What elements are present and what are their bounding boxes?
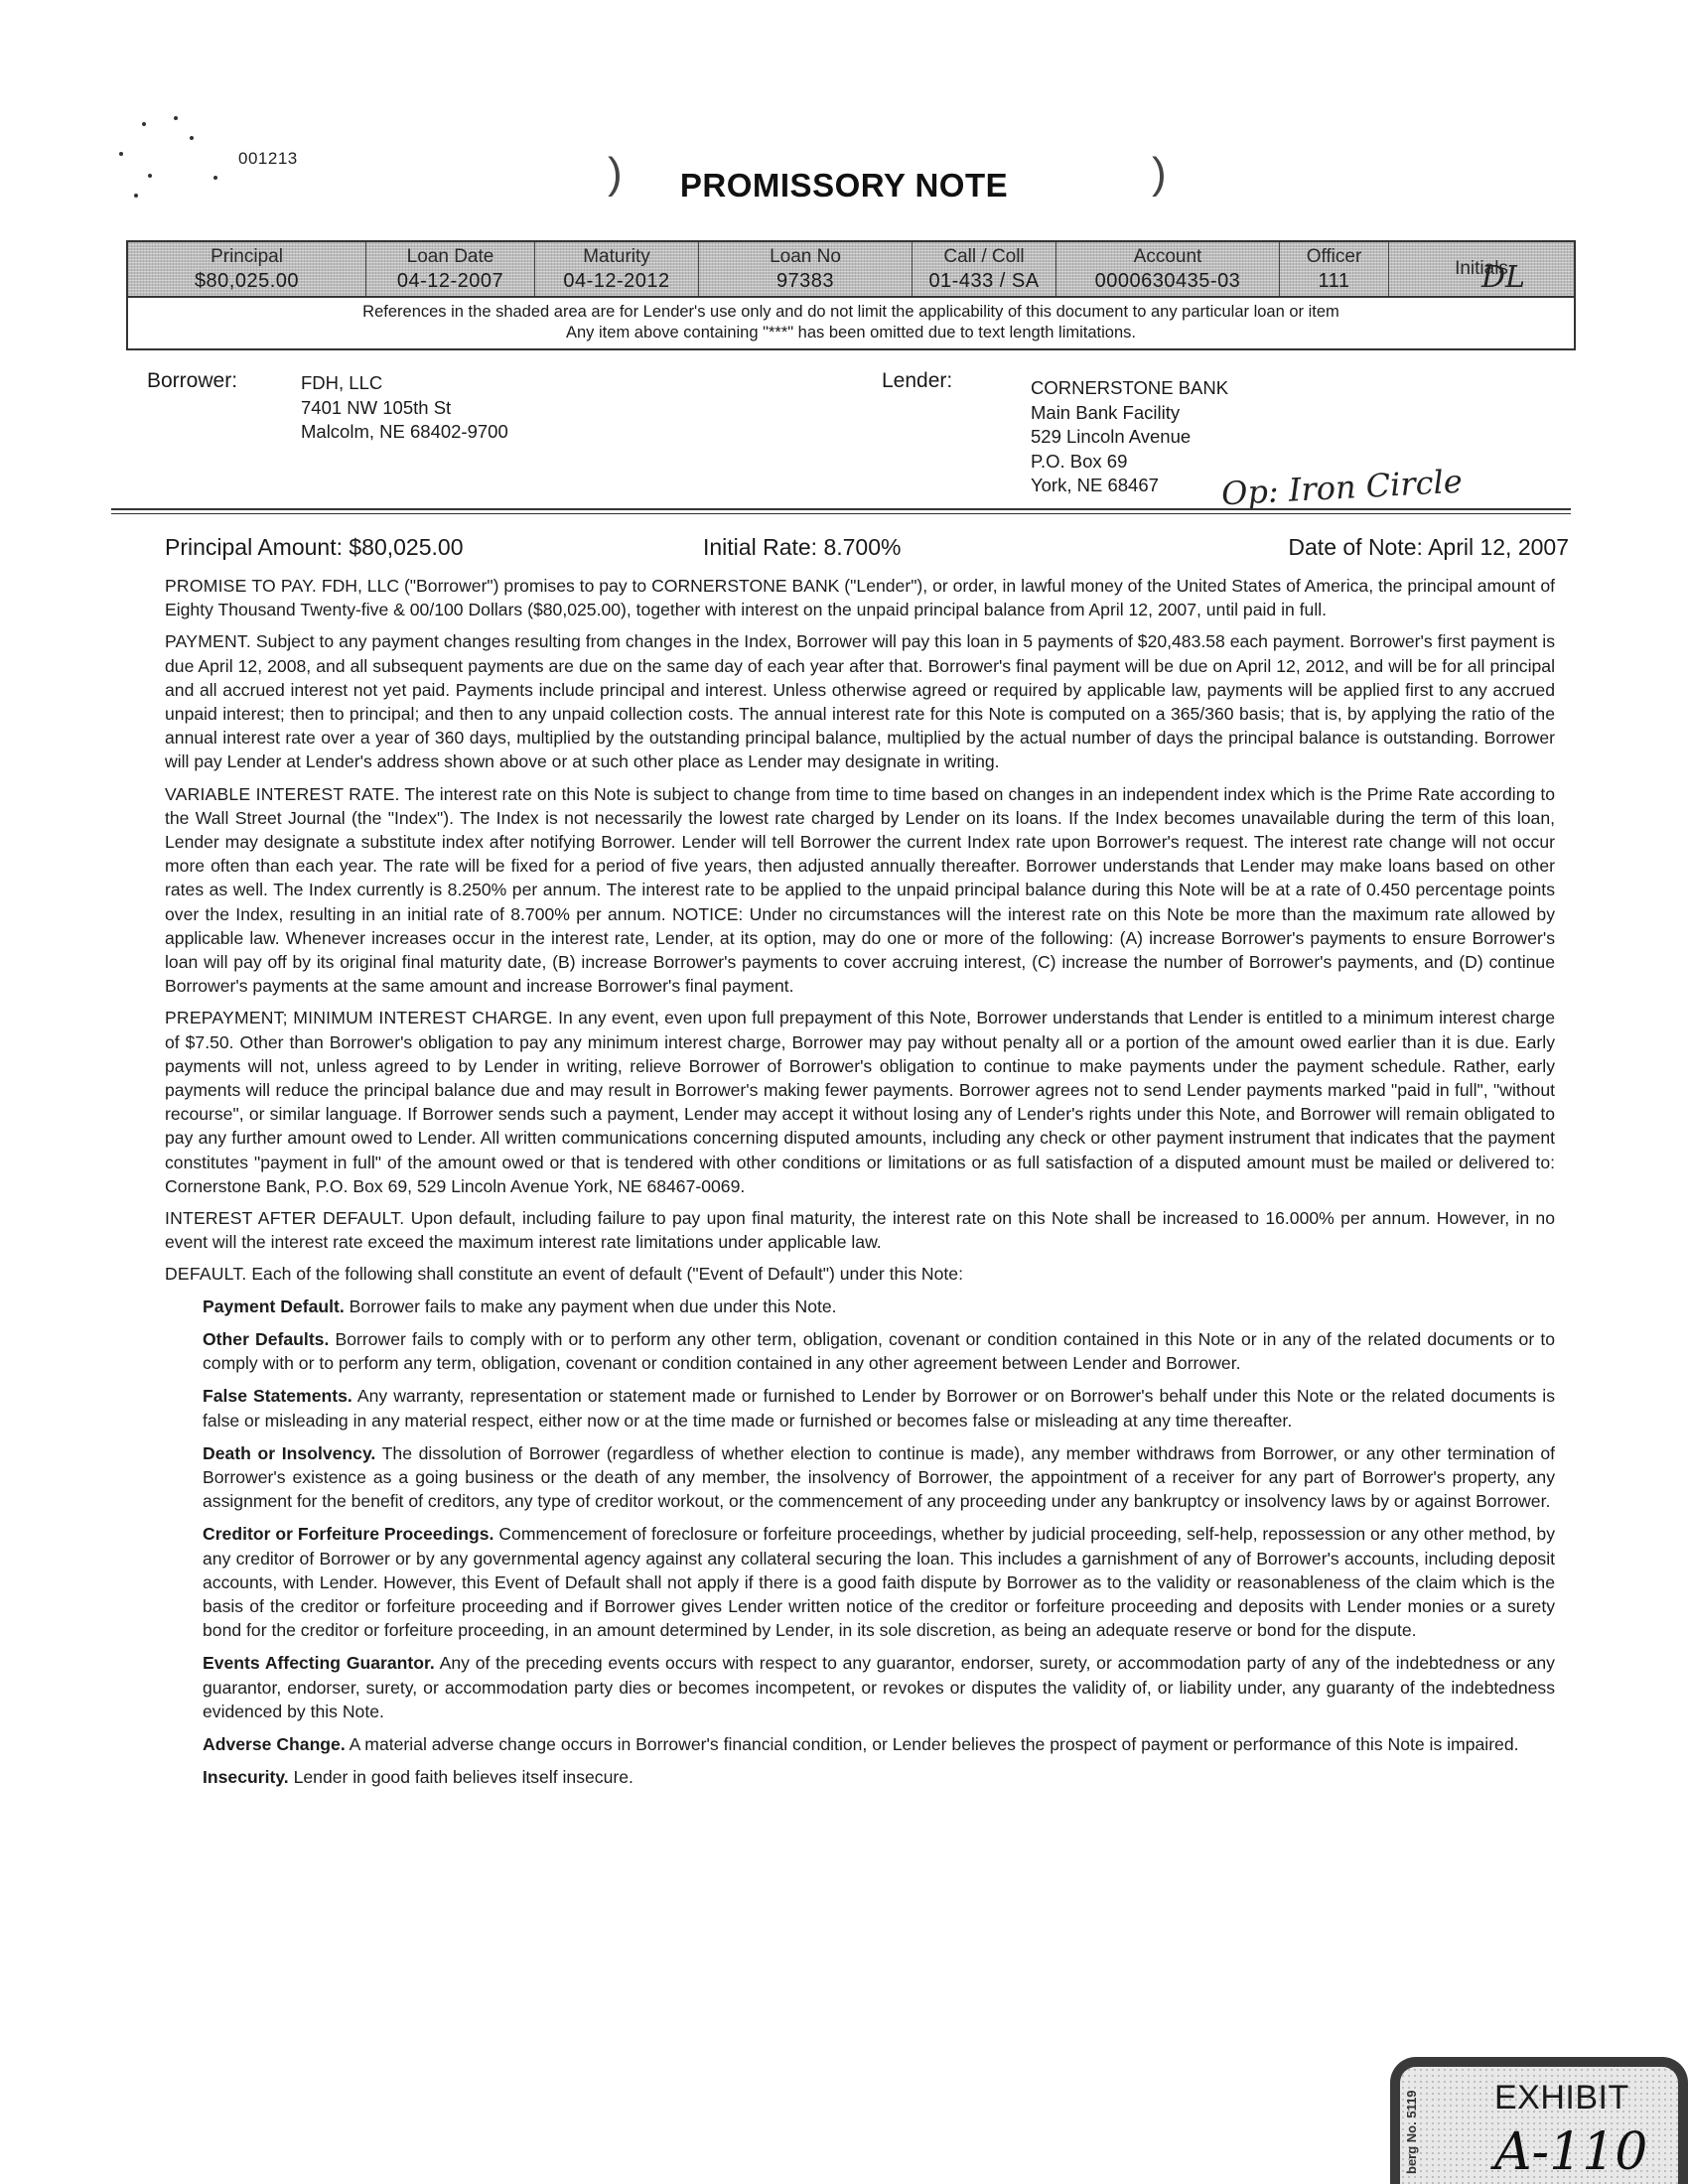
default-event-text: The dissolution of Borrower (regardless … <box>203 1443 1555 1511</box>
ref-cell-account: Account 0000630435-03 <box>1056 242 1280 296</box>
ref-label: Loan No <box>770 245 841 269</box>
divider <box>111 513 1571 514</box>
reference-table-row: Principal $80,025.00 Loan Date 04-12-200… <box>128 242 1574 298</box>
default-event-false-statements: False Statements. Any warranty, represen… <box>203 1384 1555 1432</box>
borrower-address: FDH, LLC 7401 NW 105th St Malcolm, NE 68… <box>301 371 508 445</box>
ref-value: 111 <box>1319 269 1350 293</box>
default-event-text: Any warranty, representation or statemen… <box>203 1386 1555 1430</box>
lender-facility: Main Bank Facility <box>1031 401 1228 426</box>
section-default: DEFAULT. Each of the following shall con… <box>165 1262 1555 1286</box>
section-heading: PREPAYMENT; MINIMUM INTEREST CHARGE. <box>165 1008 553 1027</box>
loan-summary: Principal Amount: $80,025.00 Initial Rat… <box>165 534 1569 564</box>
ref-label: Principal <box>211 245 283 269</box>
ref-cell-loan-date: Loan Date 04-12-2007 <box>366 242 535 296</box>
default-event-heading: Payment Default. <box>203 1297 345 1316</box>
section-promise-to-pay: PROMISE TO PAY. FDH, LLC ("Borrower") pr… <box>165 574 1555 621</box>
section-text: FDH, LLC ("Borrower") promises to pay to… <box>165 576 1555 619</box>
section-text: The interest rate on this Note is subjec… <box>165 784 1555 997</box>
default-event-text: Borrower fails to comply with or to perf… <box>203 1329 1555 1373</box>
lender-name: CORNERSTONE BANK <box>1031 376 1228 401</box>
section-heading: PROMISE TO PAY. <box>165 576 317 596</box>
ref-value: 01-433 / SA <box>928 269 1039 293</box>
date-of-note-value: April 12, 2007 <box>1428 534 1569 560</box>
section-variable-interest-rate: VARIABLE INTEREST RATE. The interest rat… <box>165 782 1555 999</box>
default-event-text: Lender in good faith believes itself ins… <box>294 1767 633 1787</box>
default-event-payment: Payment Default. Borrower fails to make … <box>203 1295 1555 1318</box>
borrower-label: Borrower: <box>147 369 237 393</box>
lender-po-box: P.O. Box 69 <box>1031 450 1228 475</box>
exhibit-number: A-110 <box>1494 2122 1647 2182</box>
default-event-text: A material adverse change occurs in Borr… <box>350 1734 1519 1754</box>
ref-cell-maturity: Maturity 04-12-2012 <box>535 242 699 296</box>
default-event-creditor-proceedings: Creditor or Forfeiture Proceedings. Comm… <box>203 1522 1555 1642</box>
section-text: Subject to any payment changes resulting… <box>165 631 1555 771</box>
document-stamp-id: 001213 <box>238 149 298 169</box>
principal-amount-label: Principal Amount: <box>165 534 343 560</box>
borrower-name: FDH, LLC <box>301 371 508 396</box>
section-text: Each of the following shall constitute a… <box>251 1264 963 1284</box>
lender-label: Lender: <box>882 369 952 393</box>
default-event-heading: Death or Insolvency. <box>203 1443 375 1463</box>
reference-note-line: References in the shaded area are for Le… <box>138 302 1564 323</box>
ref-value: 97383 <box>776 269 834 293</box>
ref-cell-officer: Officer 111 <box>1280 242 1389 296</box>
exhibit-sticker: berg No. 5119 EXHIBIT A-110 <box>1390 2057 1688 2184</box>
ref-cell-loan-no: Loan No 97383 <box>699 242 913 296</box>
date-of-note-label: Date of Note: <box>1288 534 1423 560</box>
handwritten-initials: DL <box>1481 260 1525 295</box>
ref-label: Account <box>1134 245 1202 269</box>
section-heading: PAYMENT. <box>165 631 251 651</box>
ref-label: Loan Date <box>407 245 494 269</box>
exhibit-sticker-brand: berg No. 5119 <box>1404 2090 1419 2174</box>
default-event-heading: Insecurity. <box>203 1767 289 1787</box>
section-heading: VARIABLE INTEREST RATE. <box>165 784 400 804</box>
lender-city: York, NE 68467 <box>1031 474 1228 498</box>
ref-value: $80,025.00 <box>195 269 299 293</box>
document-title: PROMISSORY NOTE <box>0 167 1688 205</box>
default-event-death-insolvency: Death or Insolvency. The dissolution of … <box>203 1441 1555 1514</box>
principal-amount-value: $80,025.00 <box>349 534 463 560</box>
default-event-other: Other Defaults. Borrower fails to comply… <box>203 1327 1555 1375</box>
scan-mark: ) <box>1152 149 1167 199</box>
reference-table-note: References in the shaded area are for Le… <box>128 298 1574 348</box>
default-event-adverse-change: Adverse Change. A material adverse chang… <box>203 1732 1555 1756</box>
reference-note-line: Any item above containing "***" has been… <box>138 323 1564 343</box>
default-event-heading: False Statements. <box>203 1386 352 1406</box>
exhibit-label: EXHIBIT <box>1494 2079 1629 2117</box>
lender-address: CORNERSTONE BANK Main Bank Facility 529 … <box>1031 376 1228 498</box>
ref-value: 04-12-2007 <box>397 269 503 293</box>
initial-rate-value: 8.700% <box>823 534 901 560</box>
ref-cell-principal: Principal $80,025.00 <box>128 242 366 296</box>
default-event-heading: Events Affecting Guarantor. <box>203 1653 435 1673</box>
initial-rate-label: Initial Rate: <box>703 534 817 560</box>
section-heading: DEFAULT. <box>165 1264 246 1284</box>
initial-rate: Initial Rate: 8.700% <box>703 534 901 561</box>
lender-street: 529 Lincoln Avenue <box>1031 425 1228 450</box>
note-body: PROMISE TO PAY. FDH, LLC ("Borrower") pr… <box>165 574 1555 1798</box>
section-interest-after-default: INTEREST AFTER DEFAULT. Upon default, in… <box>165 1206 1555 1254</box>
ref-value: 0000630435-03 <box>1095 269 1241 293</box>
section-payment: PAYMENT. Subject to any payment changes … <box>165 629 1555 773</box>
handwritten-note: Op: Iron Circle <box>1220 463 1463 513</box>
default-event-heading: Creditor or Forfeiture Proceedings. <box>203 1524 493 1544</box>
default-event-text: Borrower fails to make any payment when … <box>350 1297 837 1316</box>
ref-label: Maturity <box>583 245 650 269</box>
ref-cell-call-coll: Call / Coll 01-433 / SA <box>913 242 1056 296</box>
borrower-city: Malcolm, NE 68402-9700 <box>301 420 508 445</box>
ref-label: Call / Coll <box>943 245 1024 269</box>
default-event-heading: Adverse Change. <box>203 1734 346 1754</box>
section-prepayment: PREPAYMENT; MINIMUM INTEREST CHARGE. In … <box>165 1006 1555 1198</box>
default-event-guarantor: Events Affecting Guarantor. Any of the p… <box>203 1651 1555 1723</box>
section-text: In any event, even upon full prepayment … <box>165 1008 1555 1195</box>
ref-label: Officer <box>1307 245 1362 269</box>
borrower-street: 7401 NW 105th St <box>301 396 508 421</box>
section-heading: INTEREST AFTER DEFAULT. <box>165 1208 404 1228</box>
default-event-insecurity: Insecurity. Lender in good faith believe… <box>203 1765 1555 1789</box>
divider <box>111 508 1571 510</box>
ref-value: 04-12-2012 <box>563 269 669 293</box>
date-of-note: Date of Note: April 12, 2007 <box>1288 534 1569 561</box>
principal-amount: Principal Amount: $80,025.00 <box>165 534 464 561</box>
reference-table: Principal $80,025.00 Loan Date 04-12-200… <box>126 240 1576 350</box>
default-event-heading: Other Defaults. <box>203 1329 329 1349</box>
